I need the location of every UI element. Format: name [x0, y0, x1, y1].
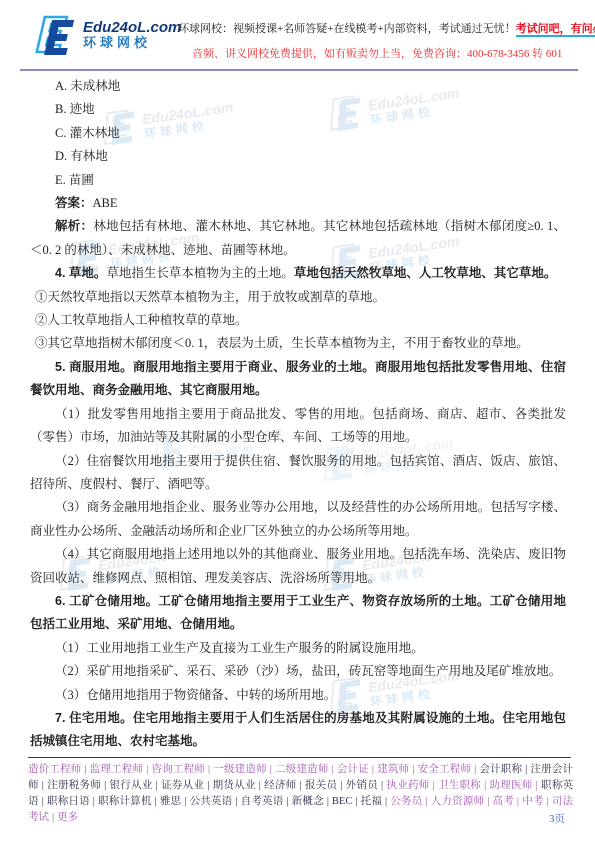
paragraph: 解析：林地包括有林地、灌木林地、其它林地。其它林地包括疏林地（指树木郁闭度≥0.…: [30, 215, 566, 262]
footer-link-separator: |: [283, 796, 291, 807]
footer-link[interactable]: BEC: [332, 796, 352, 807]
paragraph: （3）仓储用地指用于物资储备、中转的场所用地。: [30, 684, 566, 707]
header-promo-line1: 环球网校：视频授课+名师答疑+在线模考+内部资料，考试通过无忧！考试问吧，有问必…: [178, 20, 583, 36]
paragraph: （2）住宿餐饮用地指主要用于提供住宿、餐饮服务的用地。包括宾馆、酒店、饭店、旅馆…: [30, 450, 566, 497]
footer-link-separator: |: [378, 780, 386, 791]
paragraph: B. 迹地: [30, 98, 566, 121]
paragraph-text: C. 灌木林地: [55, 126, 120, 140]
paragraph: 答案：ABE: [30, 192, 566, 215]
footer-link-separator: |: [256, 780, 264, 791]
edu24ol-logo[interactable]: Edu24oL.com 环球网校: [33, 9, 173, 61]
footer-link-separator: |: [430, 780, 438, 791]
paragraph: ①天然牧草地指以天然草本植物为主，用于放牧或割草的草地。: [30, 286, 566, 309]
footer-link-separator: |: [267, 764, 275, 775]
footer-link-separator: |: [369, 764, 377, 775]
footer-link[interactable]: 高考: [492, 796, 514, 807]
paragraph-text: E. 苗圃: [55, 173, 94, 187]
footer-link[interactable]: 外销员: [345, 780, 378, 791]
footer-link[interactable]: 经济师: [264, 780, 297, 791]
footer-link[interactable]: 公共英语: [189, 796, 232, 807]
paragraph-text: （4）其它商服用地指上述用地以外的其他商业、服务业用地。包括洗车场、洗染店、废旧…: [30, 547, 566, 584]
footer-link-separator: |: [329, 764, 337, 775]
footer-link-separator: |: [297, 780, 305, 791]
footer-link[interactable]: 咨询工程师: [151, 764, 205, 775]
paragraph: （4）其它商服用地指上述用地以外的其他商业、服务业用地。包括洗车场、洗染店、废旧…: [30, 543, 566, 590]
paragraph-text: （1）工业用地指工业生产及直接为工业生产服务的附属设施用地。: [55, 641, 424, 655]
footer-link[interactable]: 人力资源师: [431, 796, 485, 807]
footer-link-separator: |: [324, 796, 332, 807]
footer-link[interactable]: 卫生职称: [438, 780, 481, 791]
footer-link[interactable]: 造价工程师: [28, 764, 81, 775]
footer-link[interactable]: 助理医师: [489, 780, 532, 791]
page-number: 3页: [549, 811, 565, 826]
footer-link-separator: |: [471, 764, 479, 775]
footer-divider: [28, 757, 571, 758]
footer-link[interactable]: 公务员: [390, 796, 422, 807]
footer-link[interactable]: 更多: [57, 812, 78, 823]
paragraph-text: A. 未成林地: [55, 79, 120, 93]
footer-link-separator: |: [39, 796, 47, 807]
header-promo-text: 环球网校：视频授课+名师答疑+在线模考+内部资料，考试通过无忧！: [178, 23, 516, 35]
logo-brand-cn: 环球网校: [83, 36, 181, 50]
paragraph: D. 有林地: [30, 145, 566, 168]
header-divider: [20, 69, 578, 71]
paragraph: ③其它草地指树木郁闭度＜0. 1，表层为土质，生长草本植物为主，不用于畜牧业的草…: [30, 332, 566, 355]
paragraph-text: （2）采矿用地指采矿、采石、采砂（沙）场，盐田，砖瓦窑等地面生产用地及尾矿堆放地…: [55, 664, 561, 678]
footer-link[interactable]: 注册税务师: [47, 780, 101, 791]
footer-link[interactable]: 会计职称: [479, 764, 522, 775]
footer-link[interactable]: 中考: [522, 796, 544, 807]
paragraph-text: ②人工牧草地指人工种植牧草的草地。: [35, 313, 248, 327]
document-page: Edu24oL.com 环球网校 Edu24oL.com 环球网校: [0, 0, 595, 842]
paragraph-text: ABE: [93, 196, 118, 210]
paragraph: 6. 工矿仓储用地。工矿仓储用地指主要用于工业生产、物资存放场所的土地。工矿仓储…: [30, 590, 566, 637]
paragraph: ②人工牧草地指人工种植牧草的草地。: [30, 309, 566, 332]
footer-link-separator: |: [49, 812, 57, 823]
paragraph-bold-text: 解析：: [55, 219, 93, 233]
paragraph-text: （3）商务金融用地指企业、服务业等办公用地，以及经营性的办公场所用地。包括写字楼…: [30, 500, 566, 537]
footer-link[interactable]: 二级建造师: [275, 764, 329, 775]
footer-link[interactable]: 职称计算机: [98, 796, 152, 807]
paragraph: （1）工业用地指工业生产及直接为工业生产服务的附属设施用地。: [30, 637, 566, 660]
paragraph-bold-text: 4. 草地。: [55, 266, 106, 280]
paragraph-bold-text: 答案：: [55, 196, 93, 210]
footer-link[interactable]: 职称日语: [47, 796, 90, 807]
footer-link[interactable]: 期货从业: [212, 780, 255, 791]
footer-link[interactable]: 一级建造师: [213, 764, 267, 775]
header-hotline-text: 音频、讲义网校免费提供，如有贩卖勿上当，免费咨询：400-678-3456 转 …: [178, 45, 583, 61]
footer-link[interactable]: 报关员: [305, 780, 338, 791]
paragraph: （3）商务金融用地指企业、服务业等办公用地，以及经营性的办公场所用地。包括写字楼…: [30, 496, 566, 543]
paragraph: （1）批发零售用地指主要用于商品批发、零售的用地。包括商场、商店、超市、各类批发…: [30, 403, 566, 450]
paragraph: C. 灌木林地: [30, 122, 566, 145]
footer-link-separator: |: [90, 796, 98, 807]
footer-link[interactable]: 自考英语: [240, 796, 283, 807]
footer-link-separator: |: [481, 780, 489, 791]
paragraph-text: （1）批发零售用地指主要用于商品批发、零售的用地。包括商场、商店、超市、各类批发…: [30, 407, 566, 444]
footer-link[interactable]: 证券从业: [161, 780, 204, 791]
paragraph: 5. 商服用地。商服用地指主要用于商业、服务业的土地。商服用地包括批发零售用地、…: [30, 356, 566, 403]
footer-link[interactable]: 银行从业: [109, 780, 152, 791]
paragraph-text: （3）仓储用地指用于物资储备、中转的场所用地。: [55, 688, 336, 702]
footer-link-separator: |: [544, 796, 552, 807]
footer-link[interactable]: 建筑师: [377, 764, 409, 775]
paragraph: 7. 住宅用地。住宅用地指主要用于人们生活居住的房基地及其附属设施的土地。住宅用…: [30, 707, 566, 754]
exam-qa-link[interactable]: 考试问吧，有问必答: [516, 23, 595, 37]
logo-brand-text: Edu24oL.com: [83, 20, 181, 36]
paragraph: E. 苗圃: [30, 169, 566, 192]
header-promo: 环球网校：视频授课+名师答疑+在线模考+内部资料，考试通过无忧！考试问吧，有问必…: [178, 20, 583, 61]
footer-link[interactable]: 雅思: [160, 796, 182, 807]
paragraph-text: 草地指生长草本植物为主的土地。: [106, 266, 294, 280]
paragraph-bold-text: 草地包括天然牧草地、人工牧草地、其它草地。: [294, 266, 557, 280]
paragraph-text: ③其它草地指树木郁闭度＜0. 1，表层为土质，生长草本植物为主，不用于畜牧业的草…: [35, 336, 529, 350]
paragraph-text: （2）住宿餐饮用地指主要用于提供住宿、餐饮服务的用地。包括宾馆、酒店、饭店、旅馆…: [30, 454, 566, 491]
paragraph-bold-text: 7. 住宅用地。住宅用地指主要用于人们生活居住的房基地及其附属设施的土地。住宅用…: [30, 711, 566, 748]
footer-link[interactable]: 新概念: [292, 796, 324, 807]
footer-link[interactable]: 执业药师: [386, 780, 429, 791]
paragraph-bold-text: 6. 工矿仓储用地。工矿仓储用地指主要用于工业生产、物资存放场所的土地。工矿仓储…: [30, 594, 566, 631]
paragraph-bold-text: 5. 商服用地。商服用地指主要用于商业、服务业的土地。商服用地包括批发零售用地、…: [30, 360, 566, 397]
footer-link-separator: |: [153, 780, 161, 791]
paragraph: A. 未成林地: [30, 75, 566, 98]
paragraph-text: ①天然牧草地指以天然草本植物为主，用于放牧或割草的草地。: [35, 290, 385, 304]
paragraph-text: D. 有林地: [55, 149, 108, 163]
footer-link-separator: |: [39, 780, 47, 791]
footer-link-separator: |: [533, 780, 541, 791]
footer-link-separator: |: [152, 796, 160, 807]
footer-link[interactable]: 托福: [360, 796, 382, 807]
footer-link[interactable]: 安全工程师: [417, 764, 471, 775]
paragraph-text: 林地包括有林地、灌木林地、其它林地。其它林地包括疏林地（指树木郁闭度≥0. 1、…: [30, 219, 566, 256]
paragraph: （2）采矿用地指采矿、采石、采砂（沙）场，盐田，砖瓦窑等地面生产用地及尾矿堆放地…: [30, 660, 566, 683]
footer-link[interactable]: 监理工程师: [90, 764, 144, 775]
footer-link-separator: |: [382, 796, 390, 807]
paragraph: 4. 草地。草地指生长草本植物为主的土地。草地包括天然牧草地、人工牧草地、其它草…: [30, 262, 566, 285]
footer-link-separator: |: [81, 764, 89, 775]
document-body: A. 未成林地B. 迹地C. 灌木林地D. 有林地E. 苗圃答案：ABE解析：林…: [30, 75, 566, 754]
footer-link-separator: |: [205, 764, 213, 775]
footer-links: 造价工程师|监理工程师|咨询工程师|一级建造师|二级建造师|会计证|建筑师|安全…: [28, 762, 573, 826]
paragraph-text: B. 迹地: [55, 102, 95, 116]
footer-link-separator: |: [422, 796, 430, 807]
footer-link-separator: |: [514, 796, 522, 807]
edu24ol-logo-icon: [33, 12, 79, 58]
footer-link[interactable]: 会计证: [337, 764, 369, 775]
